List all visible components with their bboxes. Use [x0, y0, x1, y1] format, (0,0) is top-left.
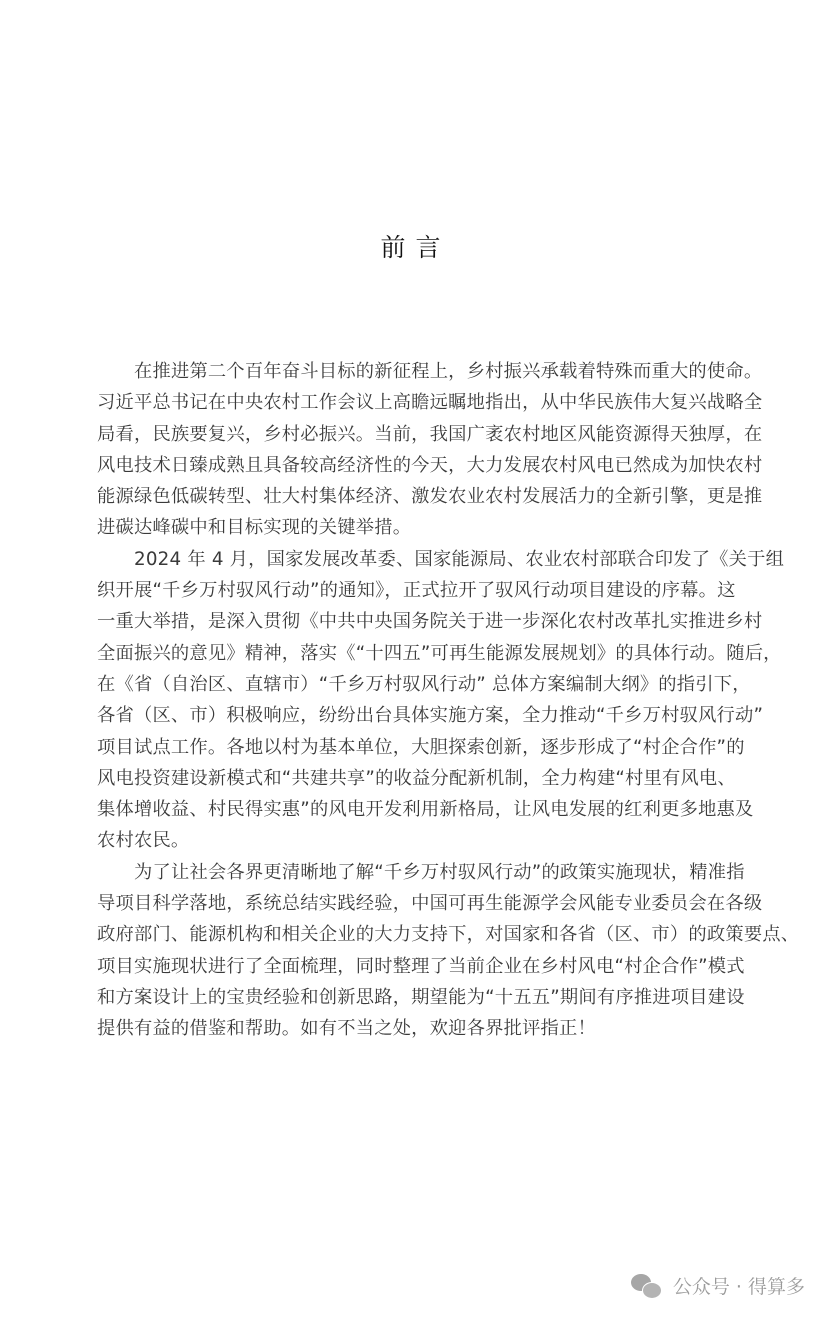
text-line: 提供有益的借鉴和帮助。如有不当之处，欢迎各界批评指正！ [97, 1013, 737, 1044]
preface-body: 在推进第二个百年奋斗目标的新征程上，乡村振兴承载着特殊而重大的使命。 习近平总书… [97, 356, 737, 1045]
text-line: 各省（区、市）积极响应，纷纷出台具体实施方案，全力推动“千乡万村驭风行动” [97, 700, 737, 731]
text-line: 在《省（自治区、直辖市）“千乡万村驭风行动” 总体方案编制大纲》的指引下， [97, 669, 737, 700]
text-line: 在推进第二个百年奋斗目标的新征程上，乡村振兴承载着特殊而重大的使命。 [97, 356, 737, 387]
text-line: 项目试点工作。各地以村为基本单位，大胆探索创新，逐步形成了“村企合作”的 [97, 732, 737, 763]
text-line: 为了让社会各界更清晰地了解“千乡万村驭风行动”的政策实施现状，精准指 [97, 857, 737, 888]
text-line: 风电技术日臻成熟且具备较高经济性的今天，大力发展农村风电已然成为加快农村 [97, 450, 737, 481]
text-line: 2024 年 4 月，国家发展改革委、国家能源局、农业农村部联合印发了《关于组 [97, 544, 737, 575]
text-line: 和方案设计上的宝贵经验和创新思路，期望能为“十五五”期间有序推进项目建设 [97, 982, 737, 1013]
page-title: 前言 [0, 228, 831, 264]
text-line: 集体增收益、村民得实惠”的风电开发利用新格局，让风电发展的红利更多地惠及 [97, 794, 737, 825]
watermark: 公众号 · 得算多 [631, 1272, 805, 1299]
text-line: 习近平总书记在中央农村工作会议上高瞻远瞩地指出，从中华民族伟大复兴战略全 [97, 387, 737, 418]
text-line: 局看，民族要复兴，乡村必振兴。当前，我国广袤农村地区风能资源得天独厚，在 [97, 419, 737, 450]
text-line: 风电投资建设新模式和“共建共享”的收益分配新机制，全力构建“村里有风电、 [97, 763, 737, 794]
text-line: 导项目科学落地，系统总结实践经验，中国可再生能源学会风能专业委员会在各级 [97, 888, 737, 919]
watermark-text: 公众号 · 得算多 [673, 1272, 805, 1299]
text-line: 一重大举措，是深入贯彻《中共中央国务院关于进一步深化农村改革扎实推进乡村 [97, 606, 737, 637]
text-line: 政府部门、能源机构和相关企业的大力支持下，对国家和各省（区、市）的政策要点、 [97, 919, 737, 950]
text-line: 进碳达峰碳中和目标实现的关键举措。 [97, 512, 737, 543]
text-line: 能源绿色低碳转型、壮大村集体经济、激发农业农村发展活力的全新引擎，更是推 [97, 481, 737, 512]
text-line: 全面振兴的意见》精神，落实《“十四五”可再生能源发展规划》的具体行动。随后， [97, 638, 737, 669]
text-line: 农村农民。 [97, 825, 737, 856]
text-line: 项目实施现状进行了全面梳理，同时整理了当前企业在乡村风电“村企合作”模式 [97, 951, 737, 982]
wechat-icon [631, 1274, 665, 1298]
text-line: 织开展“千乡万村驭风行动”的通知》，正式拉开了驭风行动项目建设的序幕。这 [97, 575, 737, 606]
